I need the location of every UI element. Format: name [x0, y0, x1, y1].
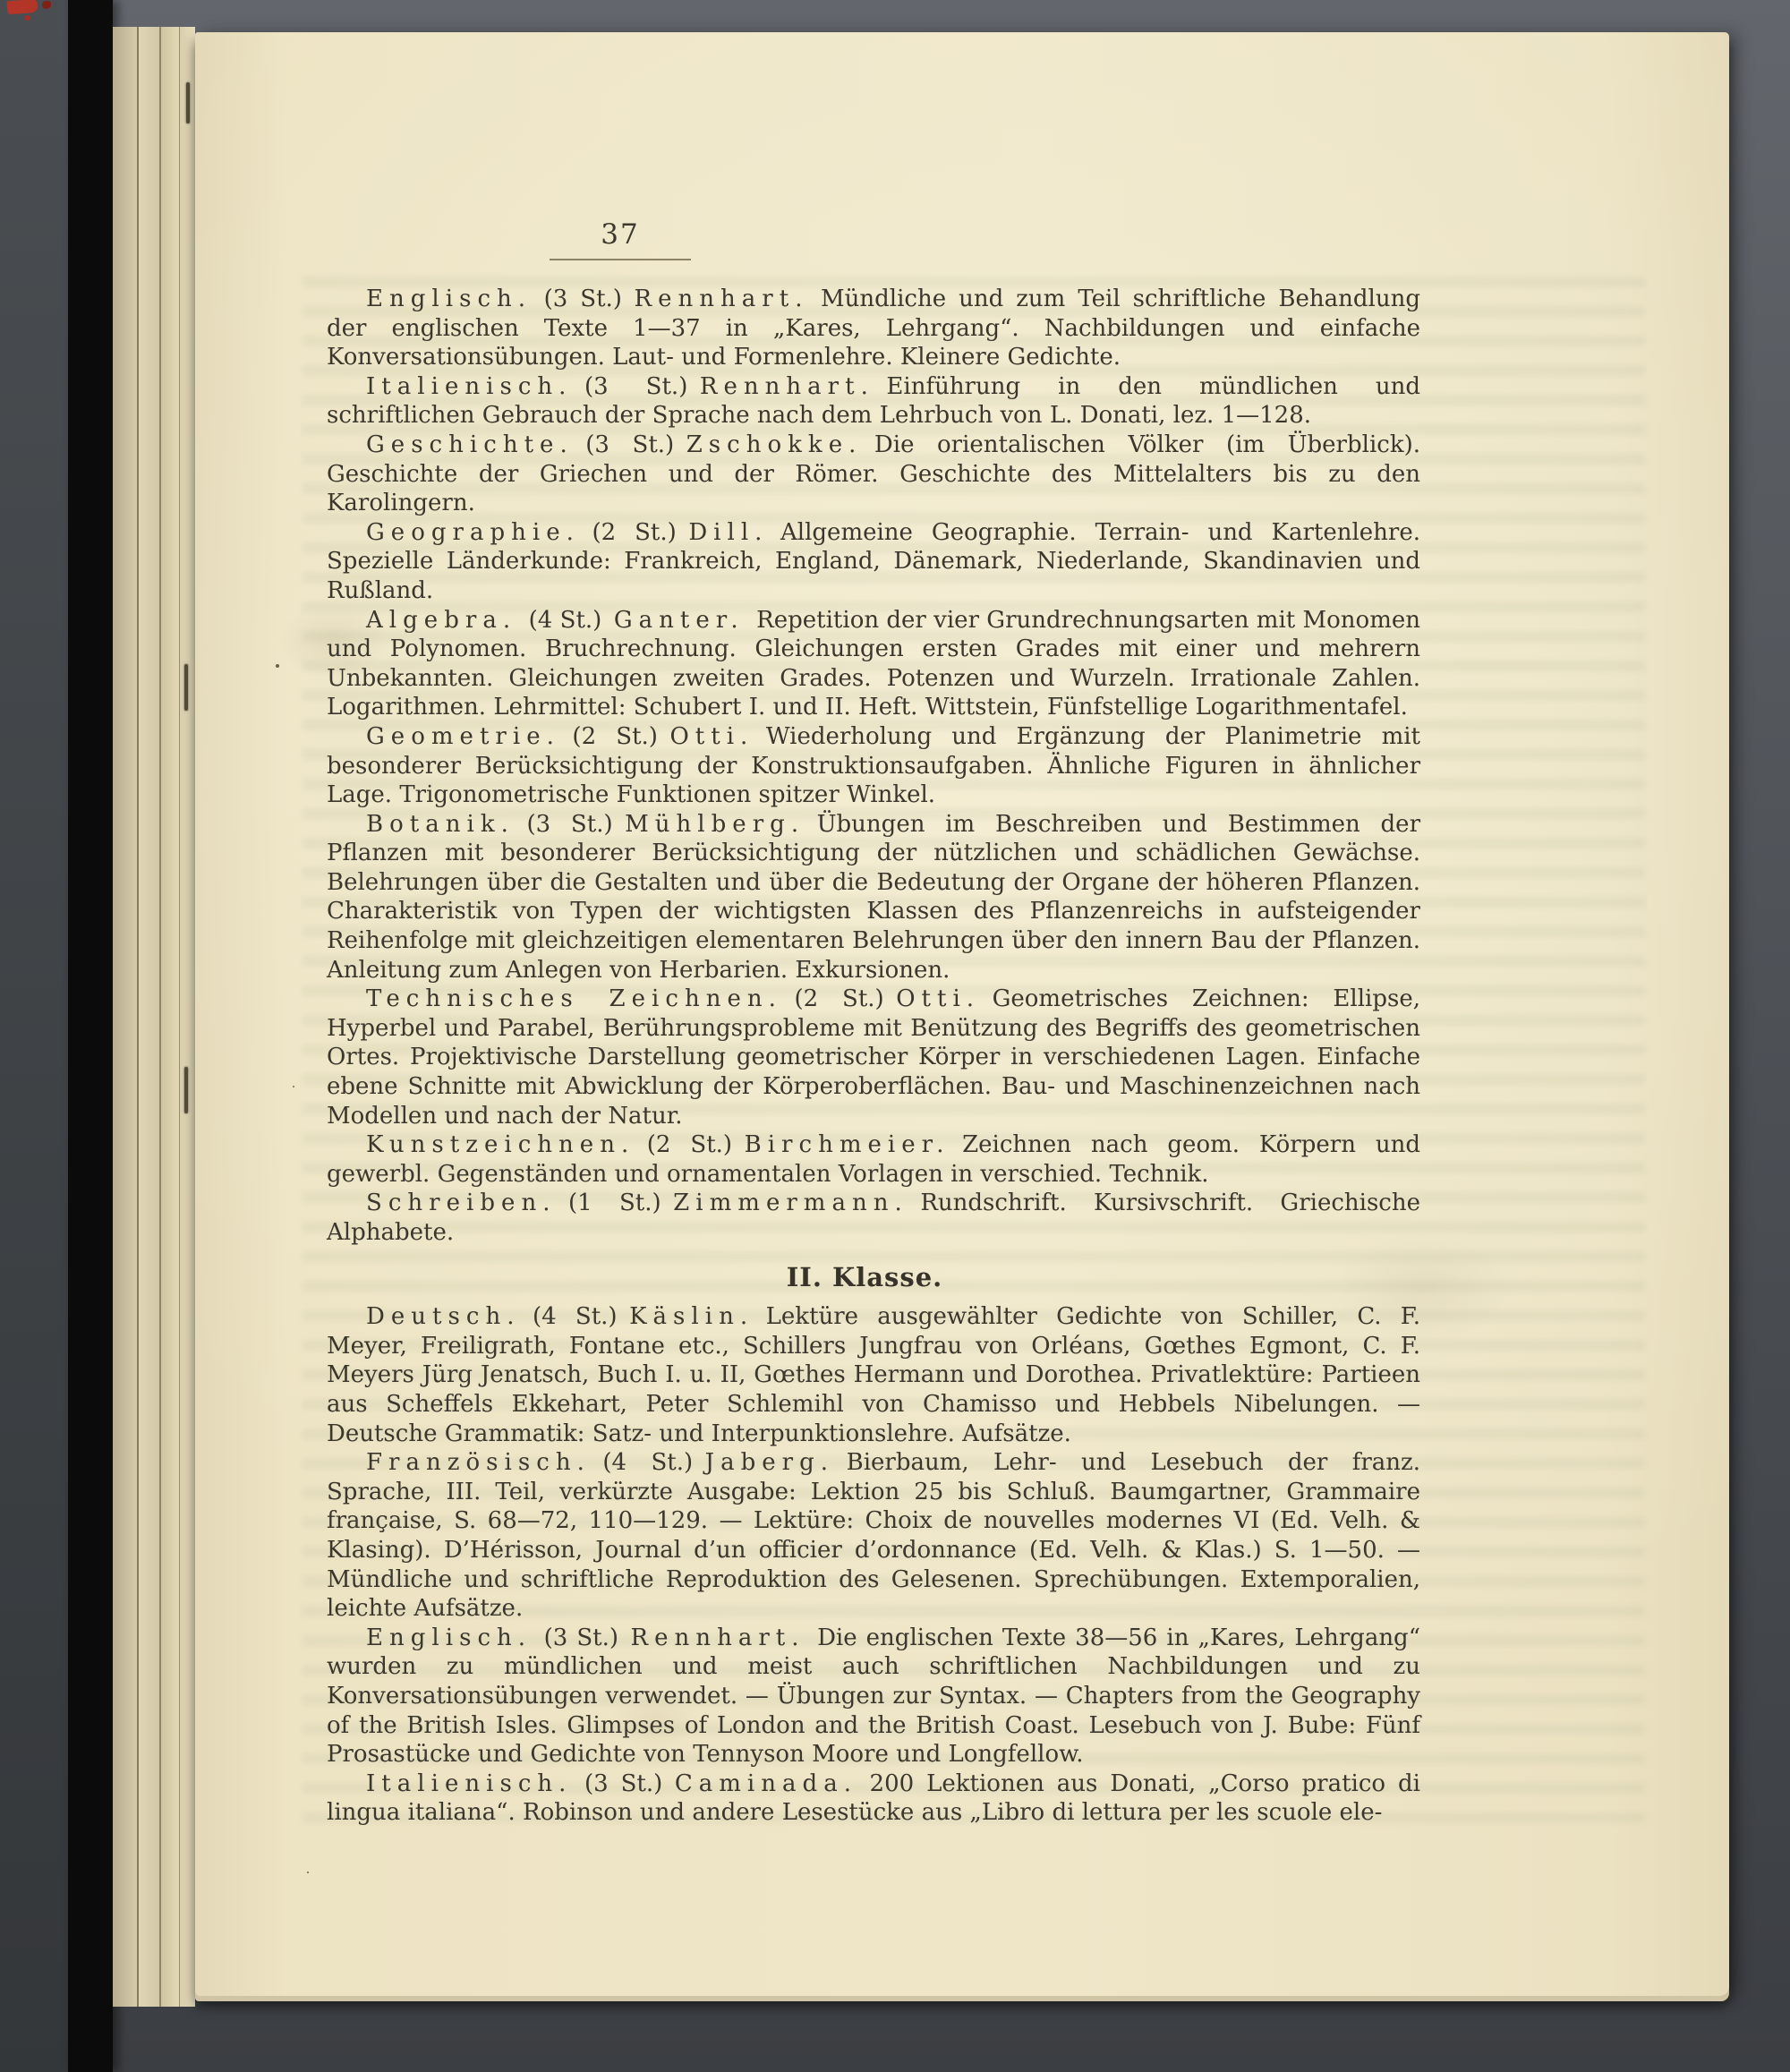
- hours-label: (3 St.): [544, 1624, 618, 1651]
- paragraph-englisch-1: Englisch.(3 St.)Rennhart.Mündliche und z…: [327, 285, 1420, 372]
- paragraph-technisches-zeichnen: Technisches Zeichnen.(2 St.)Otti.Geometr…: [327, 985, 1420, 1130]
- subject-label: Geschichte.: [366, 431, 574, 458]
- teacher-name: Otti.: [896, 985, 980, 1012]
- ink-specks: [276, 664, 279, 668]
- paragraph-deutsch-2: Deutsch.(4 St.)Käslin.Lektüre ausgewählt…: [327, 1302, 1420, 1448]
- paragraph-algebra: Algebra.(4 St.)Ganter.Repetition der vie…: [327, 606, 1420, 722]
- hours-label: (3 St.): [585, 431, 674, 458]
- subject-label: Schreiben.: [366, 1189, 557, 1216]
- teacher-name: Zimmermann.: [673, 1189, 908, 1216]
- teacher-name: Ganter.: [614, 607, 745, 634]
- paragraph-italienisch-2: Italienisch.(3 St.)Caminada.200 Lektione…: [327, 1769, 1420, 1828]
- hours-label: (1 St.): [568, 1189, 661, 1216]
- hours-label: (2 St.): [592, 519, 676, 546]
- page-text: Englisch.(3 St.)Rennhart.Mündliche und z…: [327, 285, 1420, 1828]
- subject-label: Deutsch.: [366, 1303, 521, 1330]
- subject-label: Italienisch.: [366, 1770, 572, 1797]
- hours-label: (3 St.): [526, 811, 612, 838]
- teacher-name: Rennhart.: [631, 1624, 805, 1651]
- subject-label: Botanik.: [366, 811, 515, 838]
- teacher-name: Jaberg.: [705, 1449, 834, 1476]
- paragraph-geometrie: Geometrie.(2 St.)Otti.Wiederholung und E…: [327, 722, 1420, 810]
- scanned-book-photo: 37 Englisch.(3 St.)Rennhart.Mündliche un…: [0, 0, 1790, 2072]
- hours-label: (4 St.): [529, 607, 602, 634]
- paragraph-franzoesisch-2: Französisch.(4 St.)Jaberg.Bierbaum, Lehr…: [327, 1448, 1420, 1624]
- subject-label: Französisch.: [366, 1449, 591, 1476]
- teacher-name: Rennhart.: [634, 286, 808, 312]
- hours-label: (3 St.): [584, 1770, 662, 1797]
- teacher-name: Dill.: [688, 519, 768, 546]
- hours-label: (3 St.): [544, 286, 622, 312]
- paragraph-englisch-2: Englisch.(3 St.)Rennhart.Die englischen …: [327, 1624, 1420, 1769]
- hours-label: (2 St.): [647, 1131, 732, 1158]
- book-spine-shadow: [68, 0, 113, 2072]
- red-speck: [24, 15, 30, 21]
- subject-label: Englisch.: [366, 1624, 532, 1651]
- background-margin: [0, 0, 70, 2072]
- paragraph-italienisch-1: Italienisch.(3 St.)Rennhart.Einführung i…: [327, 372, 1420, 431]
- stacked-page-edges: [113, 27, 195, 2007]
- paragraph-kunstzeichnen: Kunstzeichnen.(2 St.)Birchmeier.Zeichnen…: [327, 1130, 1420, 1189]
- teacher-name: Birchmeier.: [745, 1131, 950, 1158]
- paragraph-geschichte: Geschichte.(3 St.)Zschokke.Die orientali…: [327, 431, 1420, 518]
- page-number-rule: [550, 259, 691, 260]
- paragraph-botanik: Botanik.(3 St.)Mühlberg.Übungen im Besch…: [327, 810, 1420, 985]
- binding-stitch: [184, 664, 188, 711]
- subject-label: Kunstzeichnen.: [366, 1131, 635, 1158]
- subject-label: Algebra.: [366, 607, 516, 634]
- teacher-name: Käslin.: [629, 1303, 754, 1330]
- teacher-name: Mühlberg.: [625, 811, 805, 838]
- paragraph-schreiben: Schreiben.(1 St.)Zimmermann.Rundschrift.…: [327, 1189, 1420, 1247]
- teacher-name: Otti.: [669, 723, 754, 750]
- teacher-name: Zschokke.: [686, 431, 863, 458]
- hours-label: (2 St.): [794, 985, 883, 1012]
- hours-label: (4 St.): [602, 1449, 693, 1476]
- hours-label: (3 St.): [584, 373, 687, 400]
- paragraph-geographie: Geographie.(2 St.)Dill.Allgemeine Geogra…: [327, 518, 1420, 606]
- page-number-block: 37: [508, 218, 732, 260]
- section-heading-klasse-2: II. Klasse.: [309, 1263, 1420, 1292]
- hours-label: (4 St.): [533, 1303, 618, 1330]
- page-number: 37: [508, 218, 732, 251]
- hours-label: (2 St.): [572, 723, 658, 750]
- binding-stitch: [186, 82, 190, 124]
- teacher-name: Rennhart.: [700, 373, 874, 400]
- teacher-name: Caminada.: [675, 1770, 857, 1797]
- book-page: 37 Englisch.(3 St.)Rennhart.Mündliche un…: [195, 32, 1729, 1996]
- subject-label: Technisches Zeichnen.: [366, 985, 782, 1012]
- subject-label: Geographie.: [366, 519, 580, 546]
- binding-stitch: [184, 1067, 188, 1113]
- subject-label: Italienisch.: [366, 373, 572, 400]
- subject-label: Englisch.: [366, 286, 532, 312]
- subject-label: Geometrie.: [366, 723, 560, 750]
